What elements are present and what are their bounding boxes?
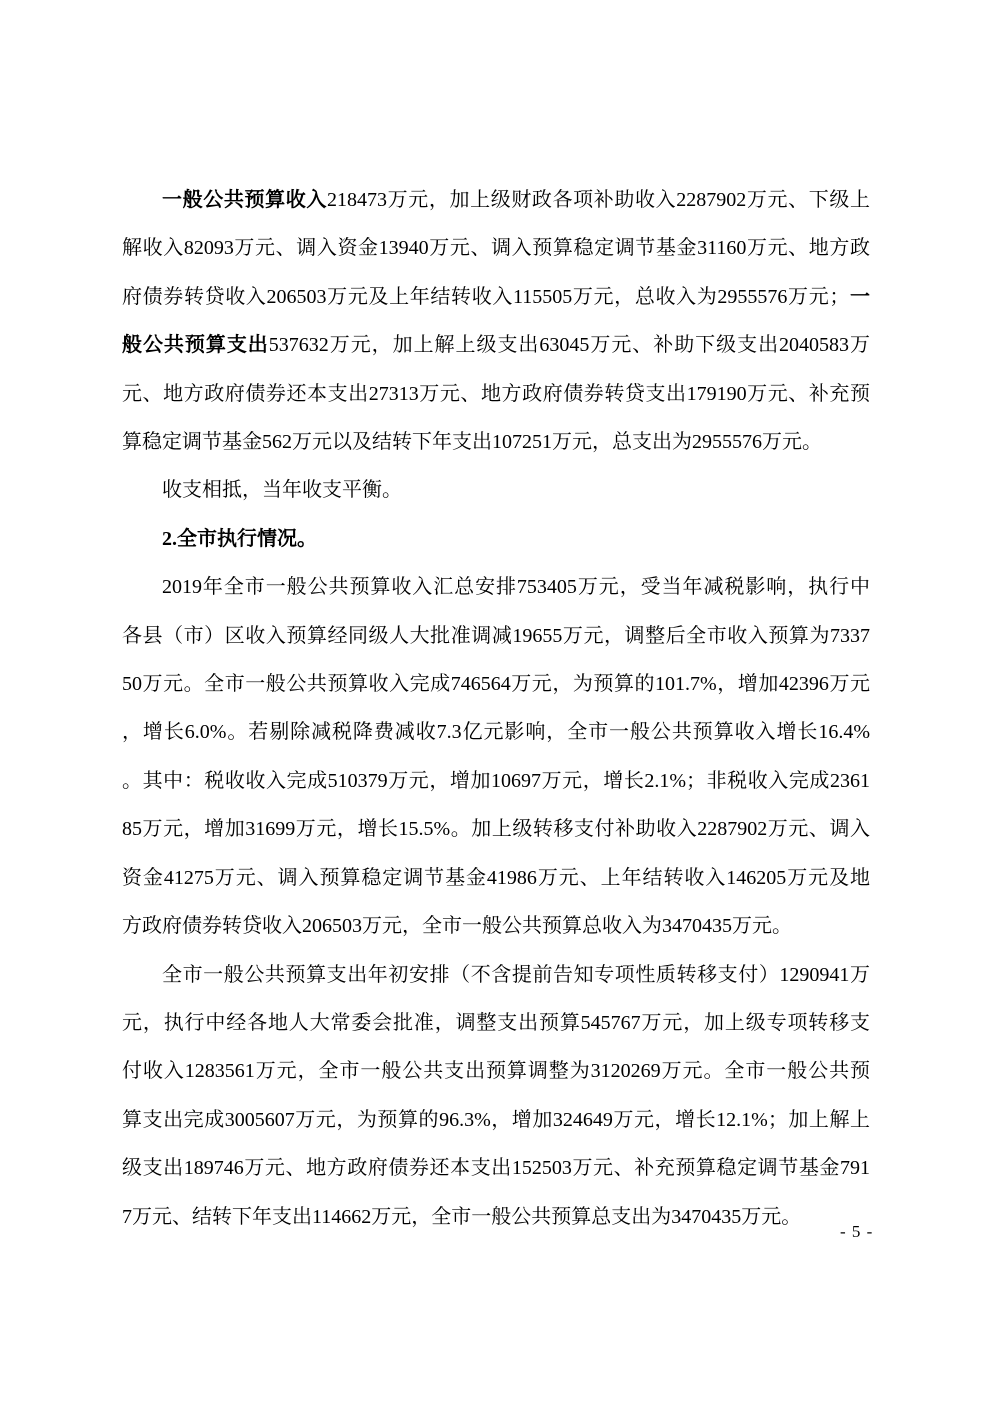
document-body: 一般公共预算收入218473万元，加上级财政各项补助收入2287902万元、下级… (122, 176, 870, 1241)
text-segment: 。其中：税收收入完成510379万元，增加10697万元，增长2.1%；非税收入… (122, 770, 870, 792)
text-line: 级支出189746万元、地方政府债券还本支出152503万元、补充预算稳定调节基… (122, 1144, 870, 1192)
text-segment: 付收入1283561万元，全市一般公共支出预算调整为3120269万元。全市一般… (122, 1060, 870, 1082)
text-segment: 解收入82093万元、调入资金13940万元、调入预算稳定调节基金31160万元… (122, 237, 870, 259)
document-page: 一般公共预算收入218473万元，加上级财政各项补助收入2287902万元、下级… (0, 0, 991, 1403)
text-line: 般公共预算支出537632万元，加上解上级支出63045万元、补助下级支出204… (122, 321, 870, 369)
text-segment: 府债券转贷收入206503万元及上年结转收入115505万元，总收入为29555… (122, 286, 849, 308)
text-line: 各县（市）区收入预算经同级人大批准调减19655万元，调整后全市收入预算为733… (122, 612, 870, 660)
bold-text-segment: 2.全市执行情况。 (162, 528, 317, 550)
text-segment: ，增长6.0%。若剔除减税降费减收7.3亿元影响，全市一般公共预算收入增长16.… (122, 721, 870, 743)
text-line: 算稳定调节基金562万元以及结转下年支出107251万元，总支出为2955576… (122, 418, 870, 466)
page-number: - 5 - (840, 1222, 900, 1242)
text-segment: 218473万元，加上级财政各项补助收入2287902万元、下级上 (327, 189, 870, 211)
text-segment: 方政府债券转贷收入206503万元，全市一般公共预算总收入为3470435万元。 (122, 915, 792, 937)
text-segment: 算稳定调节基金562万元以及结转下年支出107251万元，总支出为2955576… (122, 431, 822, 453)
text-segment: 7万元、结转下年支出114662万元，全市一般公共预算总支出为3470435万元… (122, 1206, 801, 1228)
text-segment: 85万元，增加31699万元，增长15.5%。加上级转移支付补助收入228790… (122, 818, 870, 840)
text-segment: 资金41275万元、调入预算稳定调节基金41986万元、上年结转收入146205… (122, 867, 870, 889)
text-segment: 各县（市）区收入预算经同级人大批准调减19655万元，调整后全市收入预算为733… (122, 625, 870, 647)
text-segment: 元，执行中经各地人大常委会批准，调整支出预算545767万元，加上级专项转移支 (122, 1012, 870, 1034)
text-segment: 50万元。全市一般公共预算收入完成746564万元，为预算的101.7%，增加4… (122, 673, 870, 695)
text-segment: 收支相抵，当年收支平衡。 (162, 479, 402, 501)
text-line: 解收入82093万元、调入资金13940万元、调入预算稳定调节基金31160万元… (122, 224, 870, 272)
text-segment: 2019年全市一般公共预算收入汇总安排753405万元，受当年减税影响，执行中 (162, 576, 870, 598)
text-line: 50万元。全市一般公共预算收入完成746564万元，为预算的101.7%，增加4… (122, 660, 870, 708)
text-line: 资金41275万元、调入预算稳定调节基金41986万元、上年结转收入146205… (122, 854, 870, 902)
text-line: 元、地方政府债券还本支出27313万元、地方政府债券转贷支出179190万元、补… (122, 370, 870, 418)
text-segment: 算支出完成3005607万元，为预算的96.3%，增加324649万元，增长12… (122, 1109, 870, 1131)
text-line: 7万元、结转下年支出114662万元，全市一般公共预算总支出为3470435万元… (122, 1193, 870, 1241)
text-line: 。其中：税收收入完成510379万元，增加10697万元，增长2.1%；非税收入… (122, 757, 870, 805)
text-line: 收支相抵，当年收支平衡。 (122, 466, 870, 514)
text-line: 算支出完成3005607万元，为预算的96.3%，增加324649万元，增长12… (122, 1096, 870, 1144)
text-line: 85万元，增加31699万元，增长15.5%。加上级转移支付补助收入228790… (122, 805, 870, 853)
text-line: 一般公共预算收入218473万元，加上级财政各项补助收入2287902万元、下级… (122, 176, 870, 224)
text-line: 2.全市执行情况。 (122, 515, 870, 563)
text-line: 全市一般公共预算支出年初安排（不含提前告知专项性质转移支付）1290941万 (122, 951, 870, 999)
bold-text-segment: 一般公共预算收入 (162, 189, 327, 211)
text-segment: 级支出189746万元、地方政府债券还本支出152503万元、补充预算稳定调节基… (122, 1157, 870, 1179)
text-line: 方政府债券转贷收入206503万元，全市一般公共预算总收入为3470435万元。 (122, 902, 870, 950)
text-segment: 全市一般公共预算支出年初安排（不含提前告知专项性质转移支付）1290941万 (162, 964, 870, 986)
text-line: 2019年全市一般公共预算收入汇总安排753405万元，受当年减税影响，执行中 (122, 563, 870, 611)
bold-text-segment: 一 (849, 286, 870, 308)
text-line: 付收入1283561万元，全市一般公共支出预算调整为3120269万元。全市一般… (122, 1047, 870, 1095)
text-segment: 537632万元，加上解上级支出63045万元、补助下级支出2040583万 (269, 334, 870, 356)
bold-text-segment: 般公共预算支出 (122, 334, 269, 356)
text-segment: 元、地方政府债券还本支出27313万元、地方政府债券转贷支出179190万元、补… (122, 383, 870, 405)
text-line: ，增长6.0%。若剔除减税降费减收7.3亿元影响，全市一般公共预算收入增长16.… (122, 708, 870, 756)
text-line: 元，执行中经各地人大常委会批准，调整支出预算545767万元，加上级专项转移支 (122, 999, 870, 1047)
text-line: 府债券转贷收入206503万元及上年结转收入115505万元，总收入为29555… (122, 273, 870, 321)
